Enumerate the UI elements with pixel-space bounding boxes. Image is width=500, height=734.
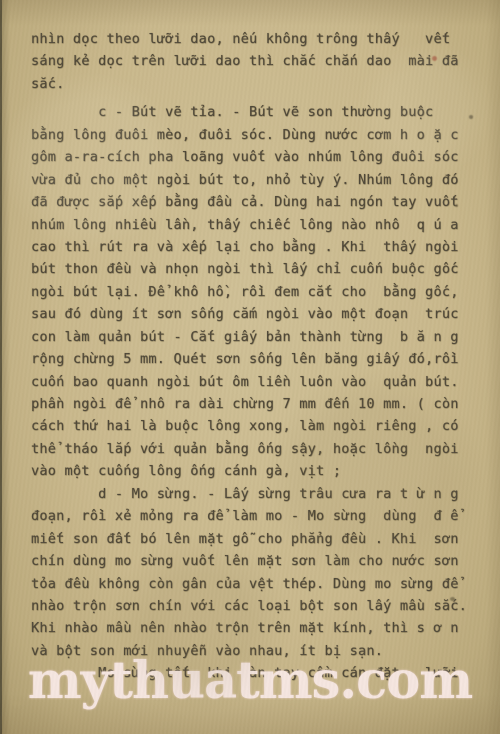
page-left-edge: [0, 0, 2, 734]
typed-line: vừa đủ cho một ngòi bút to, nhỏ tùy ý. N…: [31, 169, 473, 191]
typed-line: bằng lông đuôi mèo, đuôi sóc. Dùng nước …: [31, 124, 473, 146]
scanned-page: nhìn dọc theo lưỡi dao, nếu không trông …: [0, 0, 500, 734]
typed-line: Khi nhào mầu nên nhào trộn trên mặt kính…: [31, 617, 473, 639]
typed-line: phần ngòi để nhô ra dài chừng 7 mm đến 1…: [31, 393, 473, 415]
typed-line: tỏa đều không còn gân của vệt thép. Dùng…: [31, 573, 473, 595]
typed-line: con làm quản bút - Cắt giấy bản thành từ…: [31, 326, 473, 348]
typed-line: thể tháo lắp với quản bằng ống sậy, hoặc…: [31, 438, 473, 460]
typed-line: rộng chừng 5 mm. Quét sơn sống lên băng …: [31, 348, 473, 370]
typed-line: ngòi bút lại. Để khô hồ, rồi đem cắt cho…: [31, 281, 473, 303]
typed-line: nhìn dọc theo lưỡi dao, nếu không trông …: [31, 28, 473, 50]
typed-line: vào một cuống lông ống cánh gà, vịt ;: [31, 460, 473, 482]
typed-text-block: nhìn dọc theo lưỡi dao, nếu không trông …: [31, 28, 473, 685]
typed-line: cách thứ hai là buộc lông xong, làm ngòi…: [31, 415, 473, 437]
typed-line: sau đó dùng ít sơn sống cắm ngòi vào một…: [31, 303, 473, 325]
watermark-text: mythuatms.com: [28, 653, 472, 709]
typed-line: gôm a-ra-cích pha loãng vuốt vào nhúm lô…: [31, 146, 473, 168]
typed-line: nhào trộn sơn chín với các loại bột son …: [31, 595, 473, 617]
typed-line: c - Bút vẽ tỉa. - Bút vẽ son thường buộc: [31, 101, 473, 123]
paper-stain: [12, 700, 22, 706]
typed-line: cao thì rút ra và xếp lại cho bằng . Khi…: [31, 236, 473, 258]
typed-line: chín dùng mo sừng vuốt lên mặt sơn làm c…: [31, 550, 473, 572]
typed-line: đoạn, rồi xẻ mỏng ra để làm mo - Mo sừng…: [31, 505, 473, 527]
typed-line: cuốn bao quanh ngòi bút ôm liền luôn vào…: [31, 371, 473, 393]
typed-line: sắc.: [31, 73, 473, 95]
typed-line: bút thon đều và nhọn ngòi thì lấy chỉ cu…: [31, 258, 473, 280]
typed-line: miết son đất bó lên mặt gỗ cho phẳng đều…: [31, 528, 473, 550]
typed-line: sáng kẻ dọc trên lưỡi dao thì chắc chắn …: [31, 50, 473, 72]
typed-line: đã được sắp xếp bằng đầu cả. Dùng hai ng…: [31, 191, 473, 213]
typed-line: d - Mo sừng. - Lấy sừng trâu cưa ra t ừ …: [31, 483, 473, 505]
typed-line: nhúm lông nhiều lần, thấy chiếc lông nào…: [31, 214, 473, 236]
